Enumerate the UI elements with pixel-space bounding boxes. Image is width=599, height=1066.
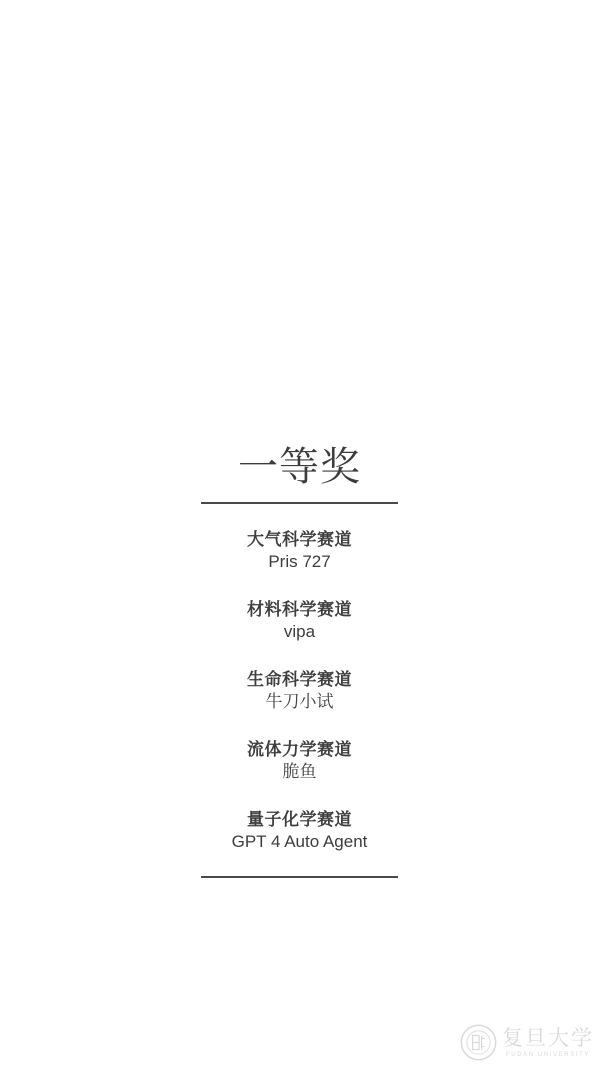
divider-top: [201, 502, 398, 504]
award-item-materials: 材料科学赛道 vipa: [0, 599, 599, 643]
track-name: 量子化学赛道: [0, 809, 599, 831]
team-name: 牛刀小试: [0, 691, 599, 713]
fudan-seal-icon: [460, 1024, 497, 1061]
fudan-logo-text: 复旦大学 FUDAN UNIVERSITY: [502, 1027, 594, 1059]
award-item-life-science: 生命科学赛道 牛刀小试: [0, 669, 599, 713]
team-name: 脆鱼: [0, 761, 599, 783]
team-name: vipa: [0, 621, 599, 643]
award-item-quantum-chemistry: 量子化学赛道 GPT 4 Auto Agent: [0, 809, 599, 853]
fudan-wordmark: 复旦大学: [502, 1027, 594, 1051]
team-name: Pris 727: [0, 551, 599, 573]
track-name: 大气科学赛道: [0, 529, 599, 551]
track-name: 流体力学赛道: [0, 739, 599, 761]
track-name: 生命科学赛道: [0, 669, 599, 691]
fudan-logo: 复旦大学 FUDAN UNIVERSITY: [460, 1024, 594, 1061]
team-name: GPT 4 Auto Agent: [0, 831, 599, 853]
award-item-atmospheric: 大气科学赛道 Pris 727: [0, 529, 599, 573]
track-name: 材料科学赛道: [0, 599, 599, 621]
award-announcement-page: 一等奖 大气科学赛道 Pris 727 材料科学赛道 vipa 生命科学赛道 牛…: [0, 0, 599, 1066]
divider-bottom: [201, 876, 398, 878]
fudan-university-caption: FUDAN UNIVERSITY: [506, 1051, 590, 1059]
page-title: 一等奖: [0, 447, 599, 487]
award-list: 大气科学赛道 Pris 727 材料科学赛道 vipa 生命科学赛道 牛刀小试 …: [0, 529, 599, 879]
award-item-fluid-mechanics: 流体力学赛道 脆鱼: [0, 739, 599, 783]
